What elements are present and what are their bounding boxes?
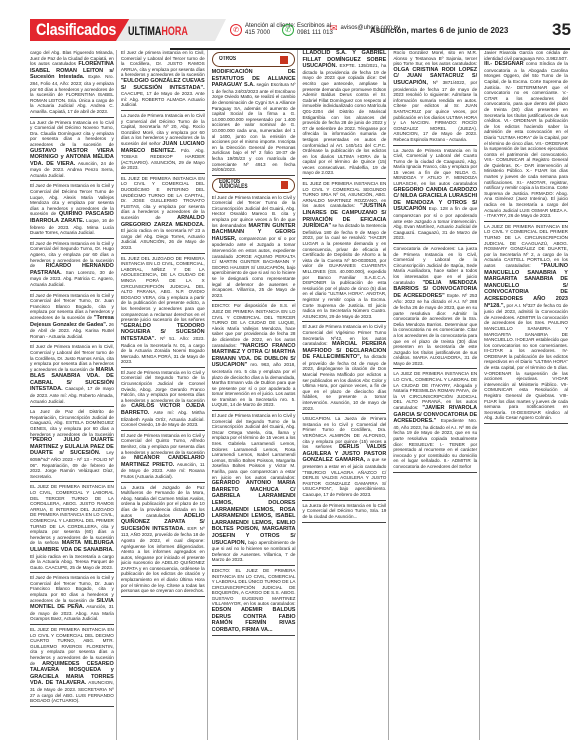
logo-part-b: HORA [161,24,188,38]
whatsapp-number: 0981 111 013 [297,30,333,37]
ad-details: EXPTE. 135/2021, ha dictado la providenc… [302,63,386,175]
classified-ad: El Juez de Primera Instancia en lo Civil… [30,293,114,343]
classified-ad: EDICTO: Por disposición de S.S. el JUEZ … [212,303,296,411]
classified-ad: EL JUEZ DE PRIMERA INSTANCIA EN LO CIVIL… [302,181,386,322]
section-label: OTROS [219,57,236,63]
classified-ad: EL JUEZ DE PRIMERA INSTANCIA EN LO CIVIL… [30,484,114,573]
classified-ad: La Jueza del Juzgado de Paz Multifueros … [121,485,205,597]
ad-text: EL JUEZ DEL JUZGADO DE PRIMERA INSTANCIA… [121,256,205,323]
classified-ad: EDICTO: EL JUEZ DE PRIMERA INSTANCIA EN … [212,568,296,637]
classified-ad: La Jueza de Primera Instancia en lo Civi… [302,503,386,524]
ad-text: El Juez de primera instancia en lo Civil… [121,50,205,77]
phone-icon: ✆ [230,24,242,36]
classified-ad: La Juez de Primera Instancia en lo Civil… [30,120,114,182]
ad-text: LA JUEZ DE PRIMERA INSTANCIA EN LO CIVIL… [484,224,568,268]
ad-name: GERARDO ANTONIO MARIA BARRETO MACHUCA C/… [212,480,296,545]
ad-details: comparezcan por sí o por apoderado ante … [212,236,296,298]
section-banner: Clasificados [30,19,130,41]
ad-details: CAACUPE, 17 de Mayo de 2023. Ante mí: Ab… [121,91,205,107]
issue-date: Asunción, martes 6 de junio de 2023 [370,26,508,35]
ad-details: EXP. Nº 113, AÑO 2022, proveído de fecha… [121,526,205,594]
classified-ad: LA JUEZ DE PRIMERA INSTANCIA EN LO CIVIL… [484,224,568,424]
classified-ad: LA JUEZ DE PRIMERA INSTANCIA EN LO CIVIL… [393,371,477,472]
classified-ad: cargo del Abg. Blas Figueredo Miranda, J… [30,50,114,118]
classified-ad: El Juez de primera instancia en lo Civil… [121,50,205,111]
ad-text: La Jueza de Primera Instancia en lo Civi… [393,148,477,187]
classified-ad: USUCAPION. La Jueza de Primera Instancia… [302,416,386,500]
column-6: Javier Rivarola García con cédula de ide… [484,50,570,740]
classified-ad: El Juez de Primera Instancia en lo Civil… [121,370,205,431]
classified-columns: cargo del Abg. Blas Figueredo Miranda, J… [30,50,570,740]
section-icon [281,181,289,189]
classified-ad: LLADOLID S.A. Y GABRIEL FILLAT DOMÍNGUEZ… [302,50,386,179]
ad-details: se ha dictado la Sentencia Definitiva 18… [302,223,386,319]
envelope-icon: ✉ [330,25,338,32]
ad-name: III.- DESIGNAR [484,61,524,67]
classified-ad: Javier Rivarola García con cédula de ide… [484,50,568,222]
classified-ad: EL JUEZ DE PRIMERA INSTANCIA EN LO CIVIL… [30,627,114,707]
ad-text: El Juez de Primera Instancia en lo Civil… [212,413,296,480]
column-4: LLADOLID S.A. Y GABRIEL FILLAT DOMÍNGUEZ… [302,50,389,740]
ad-text: EL JUEZ DE PRIMERA INSTANCIA EN LO CIVIL… [121,176,205,220]
ad-details: Nº 3871/4022, por providencia de fecha 1… [393,80,477,142]
classified-ad: El Juez de Primera Instancia en lo Civil… [212,195,296,302]
classified-ad: El Juez de Primera Instancia en lo Civil… [30,575,114,625]
classified-ad: La Juez de Paz del Distrito de Repatriac… [30,409,114,482]
whatsapp-contact: ✆ Escribinos al0981 111 013 [282,23,333,37]
classified-ad: La Jueza de Primera Instancia en lo Civi… [393,148,477,245]
section-badge-edictos: EDICTOS JUDICIALES [212,178,296,193]
ad-details: como Síndica de la convocatoria a la Abo… [484,61,568,218]
ad-text: La Juez de Paz del Distrito de Repatriac… [30,409,114,436]
ad-details: ha dictado el proveído de fecha 04 de ma… [302,354,386,410]
classified-ad: EL JUEZ DE PRIMERA INSTANCIA EN LO CIVIL… [121,176,205,254]
classified-ad: El Juez de Primera Instancia en lo Civil… [212,413,296,566]
whatsapp-label: Escribinos al [297,23,333,30]
section-title: Clasificados [36,20,116,40]
ad-details: El juicio radica en la Secretaría a carg… [30,554,114,570]
classified-ad: Rocío González Morel, sito en M.R. Alons… [393,50,477,146]
ad-text: La Jueza de Primera Instancia en lo Civi… [302,503,386,519]
whatsapp-icon: ✆ [282,24,294,36]
section-badge-otros: OTROS [212,52,296,67]
ad-name: EDSON ADEMIR BALDUS DERUS CONTRA FABIO R… [212,607,296,633]
ad-text: La Juez de Primera Instancia en lo Civil… [30,120,114,147]
classified-ad: El Juez de Primera Instancia en lo Civil… [30,241,114,291]
ad-text: Javier Rivarola García con cédula de ide… [484,50,568,61]
ad-text: EDICTO: Por disposición de S.S. el JUEZ … [212,303,296,347]
ad-details: Expte. Nº 253 Año: 2022 se ha dictado el… [393,293,477,366]
classified-ad: EL JUEZ DEL JUZGADO DE PRIMERA INSTANCIA… [121,256,205,368]
page-header: Clasificados ULTIMAHORA ✆ Atención al cl… [30,16,570,44]
classified-ad: La Jueza de Primera Instancia en lo Civi… [121,113,205,174]
ad-details: El juicio radica en la secretaría Nº 23 … [121,228,205,250]
column-2: El Juez de primera instancia en lo Civil… [121,50,208,740]
ad-name: "EULOGIO GONZÁLEZ CUEVAS S/ SUCESIÓN INT… [121,78,205,91]
ad-details: por A.I. Nº327 de fecha 01 de junio del … [484,303,568,421]
ad-text: Rocío González Morel, sito en M.R. Alons… [393,50,477,66]
ad-details: a que se presenten a estar en el juicio … [302,457,386,497]
ad-text: EDICTO: EL JUEZ DE PRIMERA INSTANCIA EN … [212,568,296,607]
page-number: 35 [552,20,571,40]
newspaper-logo: ULTIMAHORA [128,24,188,38]
section-icon [280,56,288,64]
logo-part-a: ULTIMA [128,24,161,38]
ad-details: Expediente Nro. 40, Año 2023, ha dictado… [393,418,477,469]
ad-text: EL JUEZ DE PRIMERA INSTANCIA EN LO CIVIL… [30,484,114,545]
column-5: Rocío González Morel, sito en M.R. Alons… [393,50,480,740]
classified-ad: El Juez de Primera Instancia en lo Civil… [30,183,114,238]
ad-details: según Escritura Nº 1 de fecha 24/03/2023… [212,82,296,172]
classified-ad: MODIFICACIÓN DE ESTATUTOS DE ALLIANCE PA… [212,69,296,176]
ad-name: "PEDRO JULIO DUARTE MARTINEZ y EULALIA P… [30,437,114,456]
column-3: OTROS MODIFICACIÓN DE ESTATUTOS DE ALLIA… [212,50,299,740]
classified-ad: El Juez de Primera Instancia en lo Civil… [302,324,386,414]
ad-details: Expte. Nro. 284, Folio 44, Año: 2023; ci… [30,74,114,114]
ad-details: nro. 963, año 2018, secretaría nro. 5 ci… [212,362,296,407]
classified-ad: Convocatoria de Acreedores: La jueza de … [393,246,477,369]
section-label: EDICTOS JUDICIALES [219,180,269,191]
classified-ad: El Juez de Primera Instancia en lo Civil… [121,433,205,483]
column-1: cargo del Abg. Blas Figueredo Miranda, J… [30,50,117,740]
classified-ad: El Juez de Primera Instancia en lo Civil… [30,344,114,407]
